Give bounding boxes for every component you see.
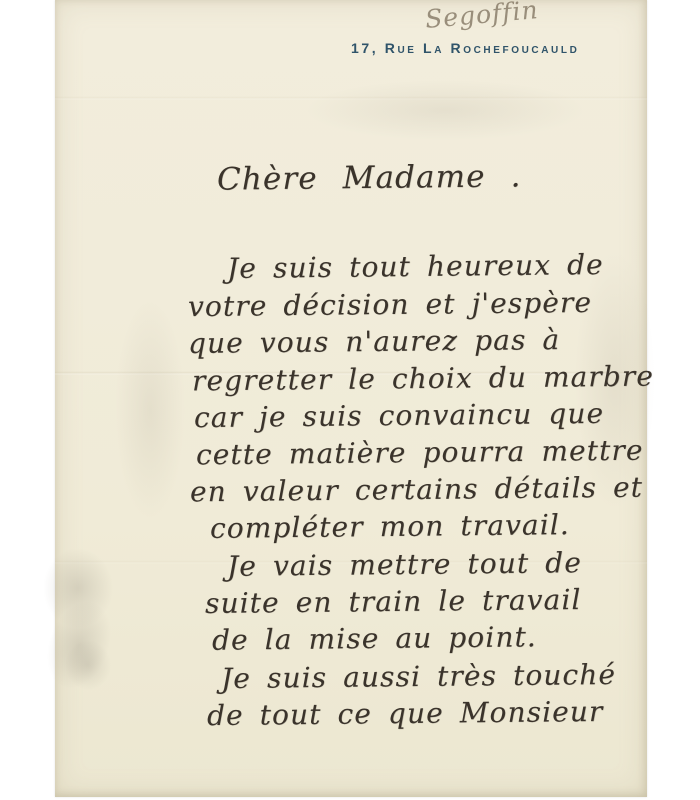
letter-line: en valeur certains détails et xyxy=(190,471,643,509)
letter-line: que vous n'aurez pas à xyxy=(188,323,561,360)
scan-background: Segoffin 17, Rue La Rochefoucauld Chère … xyxy=(0,0,700,800)
letter-line: suite en train le travail xyxy=(205,583,582,620)
letter-line: regretter le choix du marbre xyxy=(192,360,654,398)
letterhead-address: 17, Rue La Rochefoucauld xyxy=(351,40,579,56)
ink-showthrough xyxy=(115,300,185,520)
letter-line: de tout ce que Monsieur xyxy=(207,695,604,732)
letter-line: compléter mon travail. xyxy=(210,508,570,545)
letter-line: cette matière pourra mettre xyxy=(196,434,644,472)
letter-line: Je vais mettre tout de xyxy=(227,546,582,583)
letter-paper: Segoffin 17, Rue La Rochefoucauld Chère … xyxy=(55,0,647,797)
ink-showthrough xyxy=(305,80,585,140)
letter-line: votre décision et j'espère xyxy=(188,286,592,323)
letter-salutation: Chère Madame . xyxy=(217,158,522,197)
letter-line: Je suis aussi très touché xyxy=(221,658,616,695)
letter-line: car je suis convaincu que xyxy=(194,397,604,434)
paper-smudge xyxy=(65,640,111,690)
letter-line: Je suis tout heureux de xyxy=(227,248,604,285)
pencil-annotation: Segoffin xyxy=(424,0,540,34)
letter-line: de la mise au point. xyxy=(212,620,537,656)
